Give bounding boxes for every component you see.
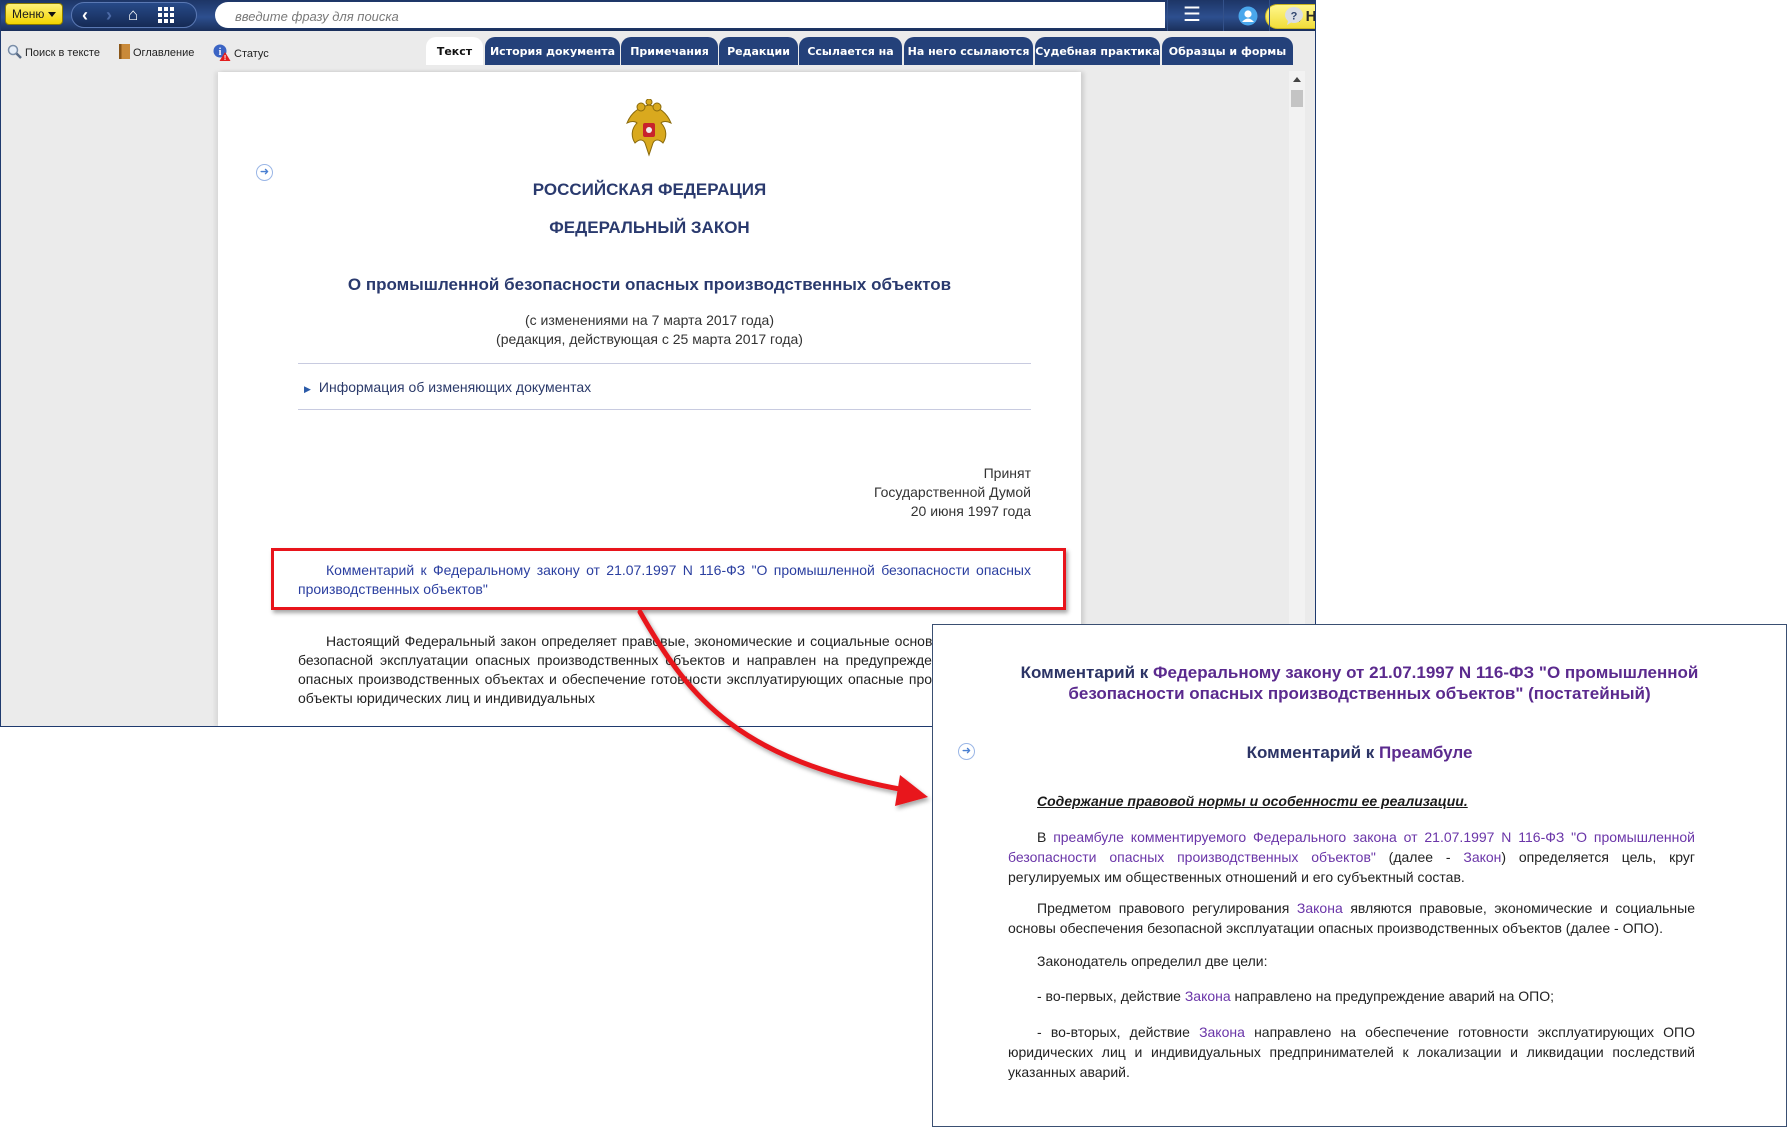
section-heading: Содержание правовой нормы и особенности … <box>1037 793 1468 809</box>
adopted-line-3: 20 июня 1997 года <box>911 503 1031 519</box>
commentary-title: Комментарий к Федеральному закону от 21.… <box>973 662 1746 704</box>
commentary-popup: Комментарий к Федеральному закону от 21.… <box>932 624 1787 1127</box>
back-icon[interactable]: ‹ <box>82 5 88 25</box>
text: В <box>1037 829 1053 845</box>
country-heading: РОССИЙСКАЯ ФЕДЕРАЦИЯ <box>218 180 1081 200</box>
status-button[interactable]: i!Статус <box>213 44 269 64</box>
search-box: Найти <box>215 2 1165 28</box>
caret-down-icon <box>48 12 56 17</box>
search-in-text-button[interactable]: Поиск в тексте <box>7 44 100 62</box>
divider <box>298 409 1031 410</box>
commentary-subtitle: Комментарий к Преамбуле <box>973 742 1746 763</box>
magnifier-icon <box>7 44 22 62</box>
tab-samples-forms[interactable]: Образцы и формы <box>1162 37 1293 65</box>
law-link[interactable]: Закона <box>1199 1024 1245 1040</box>
adopted-line-2: Государственной Думой <box>874 484 1031 500</box>
edition-effective: (редакция, действующая с 25 марта 2017 г… <box>218 331 1081 347</box>
document-window: Меню ‹ › ⌂ Найти ☰ ? Поиск <box>0 0 1316 727</box>
changing-docs-link[interactable]: ▶Информация об изменяющих документах <box>304 379 591 395</box>
text: - во-первых, действие <box>1037 988 1185 1004</box>
contents-label: Оглавление <box>133 47 194 59</box>
subtitle-prefix: Комментарий к <box>1247 743 1379 762</box>
scroll-thumb[interactable] <box>1291 90 1303 107</box>
text: Предметом правового регулирования <box>1037 900 1297 916</box>
tab-notes[interactable]: Примечания <box>621 37 718 65</box>
tab-referenced-by[interactable]: На него ссылаются <box>904 37 1033 65</box>
doc-nav-arrow-icon[interactable]: ➜ <box>256 164 273 181</box>
highlight-box <box>271 548 1066 610</box>
title-prefix: Комментарий к <box>1021 663 1153 682</box>
text: - во-вторых, действие <box>1037 1024 1199 1040</box>
top-bar: Меню ‹ › ⌂ Найти ☰ ? <box>1 0 1315 31</box>
title-link[interactable]: Федеральному закону от 21.07.1997 N 116-… <box>1068 663 1698 703</box>
paragraph-1: В преамбуле комментируемого Федерального… <box>1008 827 1695 887</box>
user-icon[interactable] <box>1223 0 1272 31</box>
paragraph-5: - во-вторых, действие Закона направлено … <box>1008 1022 1695 1082</box>
law-link[interactable]: Закона <box>1185 988 1231 1004</box>
tab-editions[interactable]: Редакции <box>719 37 798 65</box>
subtitle-link[interactable]: Преамбуле <box>1379 743 1472 762</box>
search-in-text-label: Поиск в тексте <box>25 47 100 59</box>
tab-court-practice[interactable]: Судебная практика <box>1035 37 1160 65</box>
triangle-right-icon: ▶ <box>304 384 311 394</box>
text: (далее - <box>1376 849 1464 865</box>
coat-of-arms-icon <box>621 99 677 164</box>
tab-text[interactable]: Текст <box>426 37 483 65</box>
help-icon[interactable]: ? <box>1269 0 1316 31</box>
text: направлено на предупреждение аварий на О… <box>1231 988 1554 1004</box>
svg-text:i: i <box>219 47 222 58</box>
book-icon <box>119 44 130 62</box>
paragraph-3: Законодатель определил две цели: <box>1008 951 1695 971</box>
divider <box>298 363 1031 364</box>
scroll-up-icon[interactable] <box>1293 77 1301 82</box>
status-label: Статус <box>234 48 269 60</box>
doc-type-heading: ФЕДЕРАЛЬНЫЙ ЗАКОН <box>218 218 1081 238</box>
info-warning-icon: i! <box>213 44 231 64</box>
tab-refers-to[interactable]: Ссылается на <box>799 37 902 65</box>
menu-label: Меню <box>12 7 44 21</box>
edition-note: (с изменениями на 7 марта 2017 года) <box>218 312 1081 328</box>
law-link[interactable]: Закона <box>1297 900 1343 916</box>
hamburger-icon[interactable]: ☰ <box>1167 0 1216 31</box>
grid-icon[interactable] <box>157 5 175 27</box>
nav-group: ‹ › ⌂ <box>71 2 197 28</box>
menu-button[interactable]: Меню <box>5 3 63 25</box>
home-icon[interactable]: ⌂ <box>128 5 138 25</box>
svg-text:!: ! <box>224 55 226 61</box>
document-title: О промышленной безопасности опасных прои… <box>218 275 1081 295</box>
forward-icon[interactable]: › <box>106 5 112 25</box>
tab-document-history[interactable]: История документа <box>485 37 620 65</box>
search-input[interactable] <box>233 6 1037 26</box>
svg-text:?: ? <box>1291 10 1298 22</box>
paragraph-4: - во-первых, действие Закона направлено … <box>1008 986 1695 1006</box>
paragraph-2: Предметом правового регулирования Закона… <box>1008 898 1695 938</box>
contents-button[interactable]: Оглавление <box>119 44 194 62</box>
adopted-line-1: Принят <box>984 465 1031 481</box>
law-link[interactable]: Закон <box>1463 849 1501 865</box>
preamble-paragraph: Настоящий Федеральный закон определяет п… <box>298 632 1031 708</box>
changing-docs-label: Информация об изменяющих документах <box>319 379 591 395</box>
